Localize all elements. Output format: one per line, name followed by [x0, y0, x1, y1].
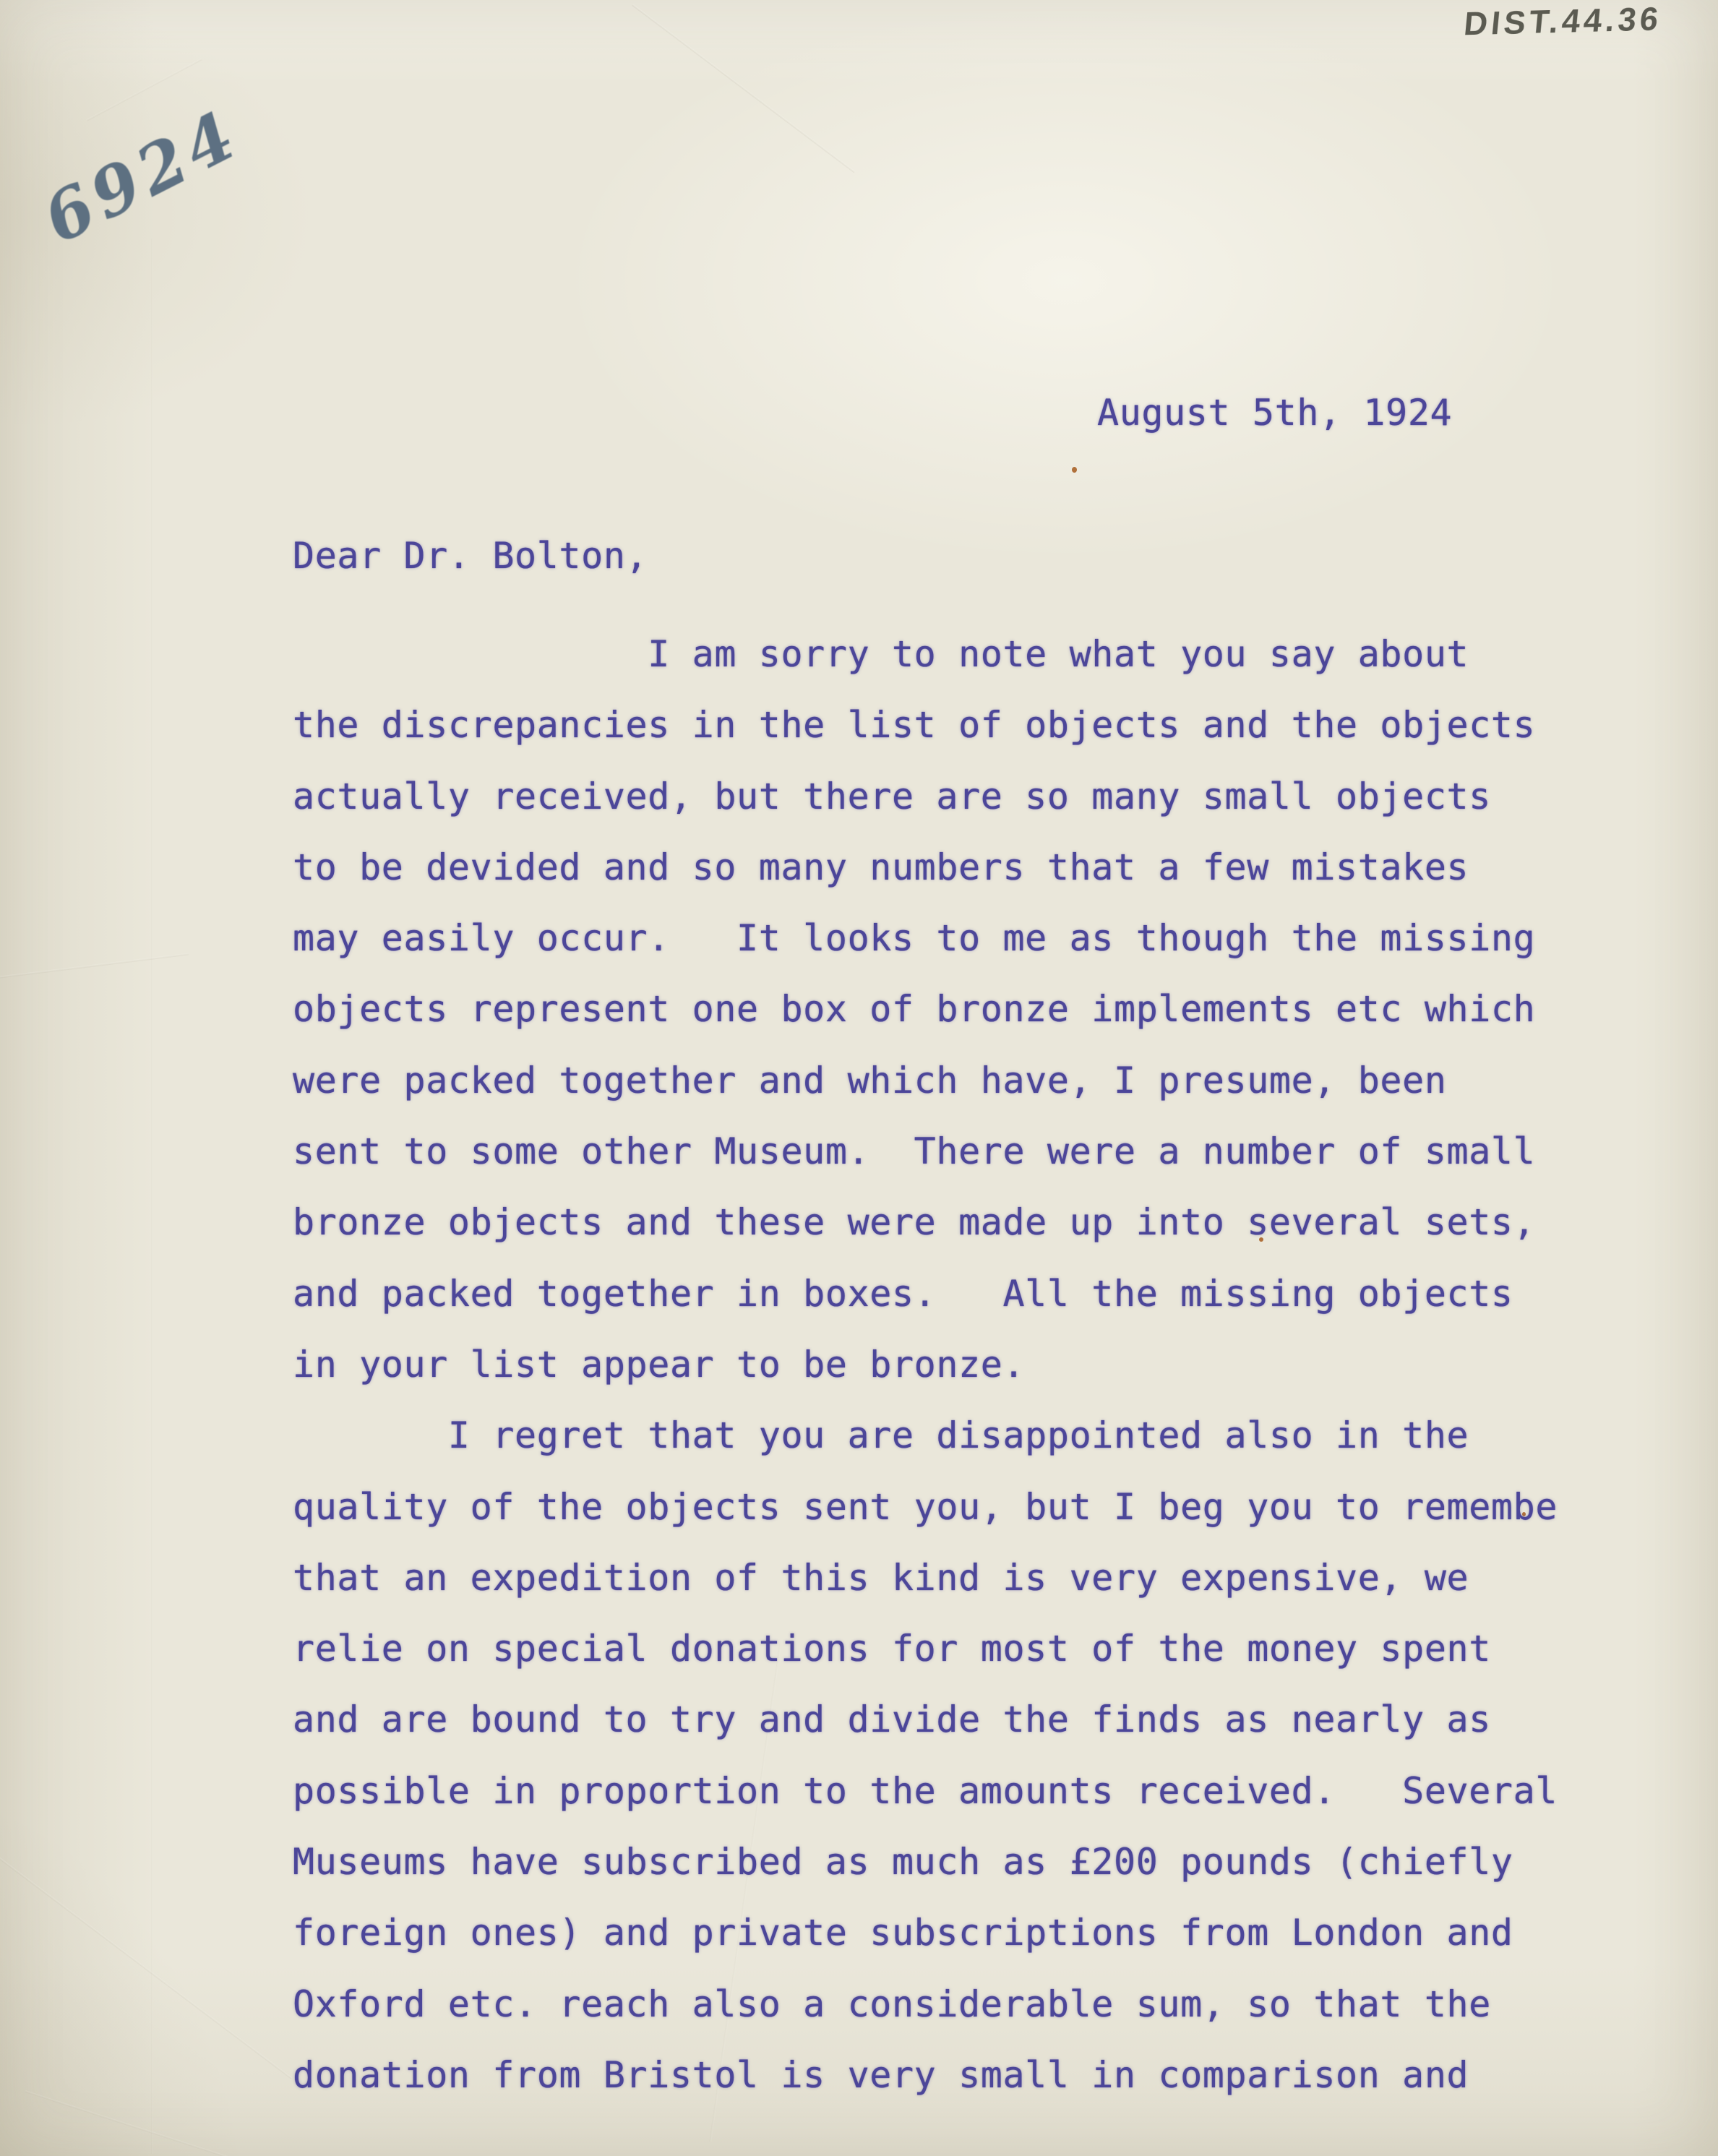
crease-line	[632, 4, 855, 173]
body-line: may easily occur. It looks to me as thou…	[293, 903, 1558, 974]
crease-line	[0, 953, 189, 979]
body-line: that an expedition of this kind is very …	[293, 1542, 1558, 1613]
crease-line	[25, 2090, 239, 2156]
body-line: were packed together and which have, I p…	[293, 1045, 1558, 1116]
body-line: in your list appear to be bronze.	[293, 1329, 1558, 1400]
paper-speck	[1072, 467, 1077, 473]
crease-line	[151, 239, 153, 2154]
body-line: objects represent one box of bronze impl…	[293, 974, 1558, 1044]
body-line: relie on special donations for most of t…	[293, 1613, 1558, 1684]
body-line: and are bound to try and divide the find…	[293, 1684, 1558, 1755]
body-line: actually received, but there are so many…	[293, 761, 1558, 832]
letter-scan-page: 6924 DIST.44.36 August 5th, 1924 Dear Dr…	[0, 0, 1718, 2156]
letter-date: August 5th, 1924	[1097, 392, 1452, 434]
body-line: quality of the objects sent you, but I b…	[293, 1472, 1558, 1542]
body-line: bronze objects and these were made up in…	[293, 1187, 1558, 1258]
salutation: Dear Dr. Bolton,	[293, 535, 648, 577]
body-line: foreign ones) and private subscriptions …	[293, 1897, 1558, 1968]
crease-line	[0, 1847, 292, 2079]
body-line: and packed together in boxes. All the mi…	[293, 1258, 1558, 1329]
body-line: to be devided and so many numbers that a…	[293, 832, 1558, 903]
body-line: Museums have subscribed as much as £200 …	[293, 1826, 1558, 1897]
reference-code-annotation: DIST.44.36	[1462, 0, 1663, 43]
body-line: I am sorry to note what you say about	[293, 619, 1558, 690]
body-line: I regret that you are disappointed also …	[293, 1400, 1558, 1471]
body-line: sent to some other Museum. There were a …	[293, 1116, 1558, 1187]
body-line: the discrepancies in the list of objects…	[293, 690, 1558, 760]
letter-body: I am sorry to note what you say aboutthe…	[293, 619, 1558, 2110]
body-line: possible in proportion to the amounts re…	[293, 1756, 1558, 1826]
body-line: donation from Bristol is very small in c…	[293, 2040, 1558, 2110]
body-line: Oxford etc. reach also a considerable su…	[293, 1969, 1558, 2040]
handwritten-archive-number: 6924	[31, 94, 252, 258]
